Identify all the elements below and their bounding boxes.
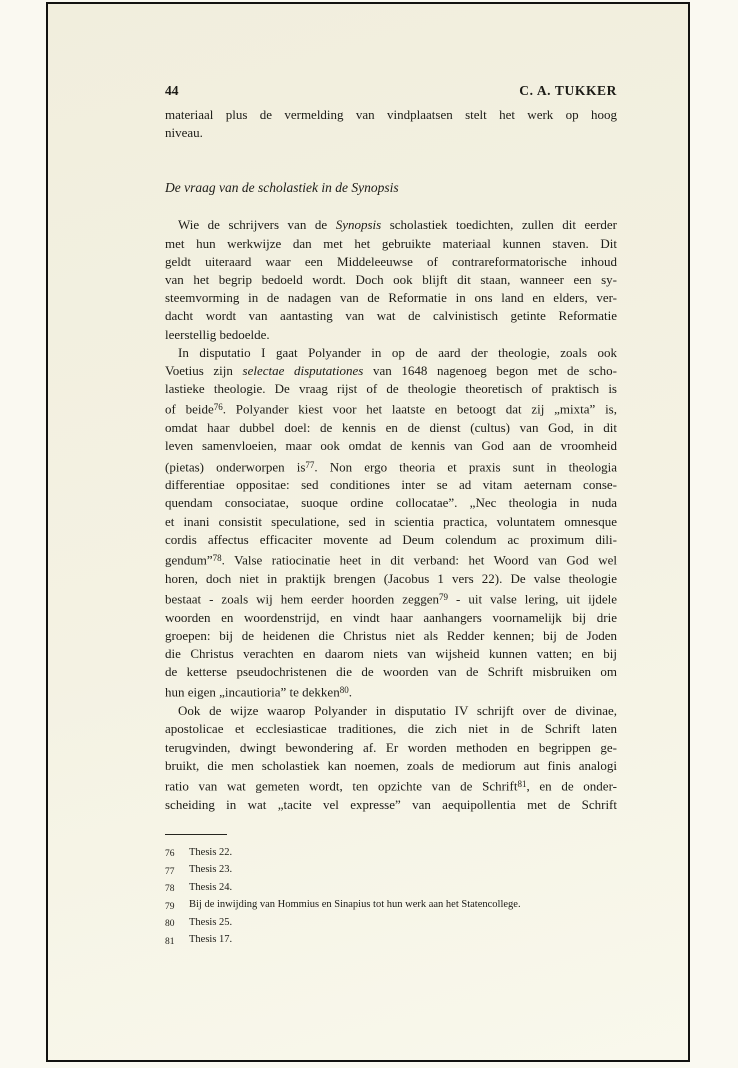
paragraph: Ook de wijze waarop Polyander in disputa… [165, 702, 617, 814]
footnote-number: 81 [165, 932, 189, 950]
page-header: 44 C. A. TUKKER [165, 83, 617, 101]
footnote-number: 76 [165, 845, 189, 863]
text-column: 44 C. A. TUKKER materiaal plus de vermel… [165, 83, 617, 950]
footnote-item: 80 Thesis 25. [165, 915, 617, 933]
running-header: C. A. TUKKER [519, 83, 617, 99]
footnote-number: 79 [165, 897, 189, 915]
paragraph: Wie de schrijvers van de Synopsis schola… [165, 216, 617, 343]
footnotes-section: 76 Thesis 22. 77 Thesis 23. 78 Thesis 24… [165, 834, 617, 950]
footnote-number: 77 [165, 862, 189, 880]
footnote-text: Bij de inwijding van Hommius en Sinapius… [189, 897, 521, 915]
footnote-item: 77 Thesis 23. [165, 862, 617, 880]
footnote-text: Thesis 24. [189, 880, 232, 898]
footnote-text: Thesis 25. [189, 915, 232, 933]
footnote-item: 78 Thesis 24. [165, 880, 617, 898]
footnote-text: Thesis 22. [189, 845, 232, 863]
footnote-text: Thesis 23. [189, 862, 232, 880]
footnote-number: 80 [165, 915, 189, 933]
footnote-text: Thesis 17. [189, 932, 232, 950]
footnote-item: 76 Thesis 22. [165, 845, 617, 863]
footnote-number: 78 [165, 880, 189, 898]
footnote-item: 79 Bij de inwijding van Hommius en Sinap… [165, 897, 617, 915]
section-heading: De vraag van de scholastiek in de Synops… [165, 178, 617, 197]
paragraph: In disputatio I gaat Polyander in op de … [165, 344, 617, 702]
footnote-item: 81 Thesis 17. [165, 932, 617, 950]
footnote-rule [165, 834, 227, 835]
scanned-book-page: 44 C. A. TUKKER materiaal plus de vermel… [46, 2, 690, 1062]
paragraph-intro: materiaal plus de vermelding van vindpla… [165, 106, 617, 142]
page-number: 44 [165, 83, 179, 99]
